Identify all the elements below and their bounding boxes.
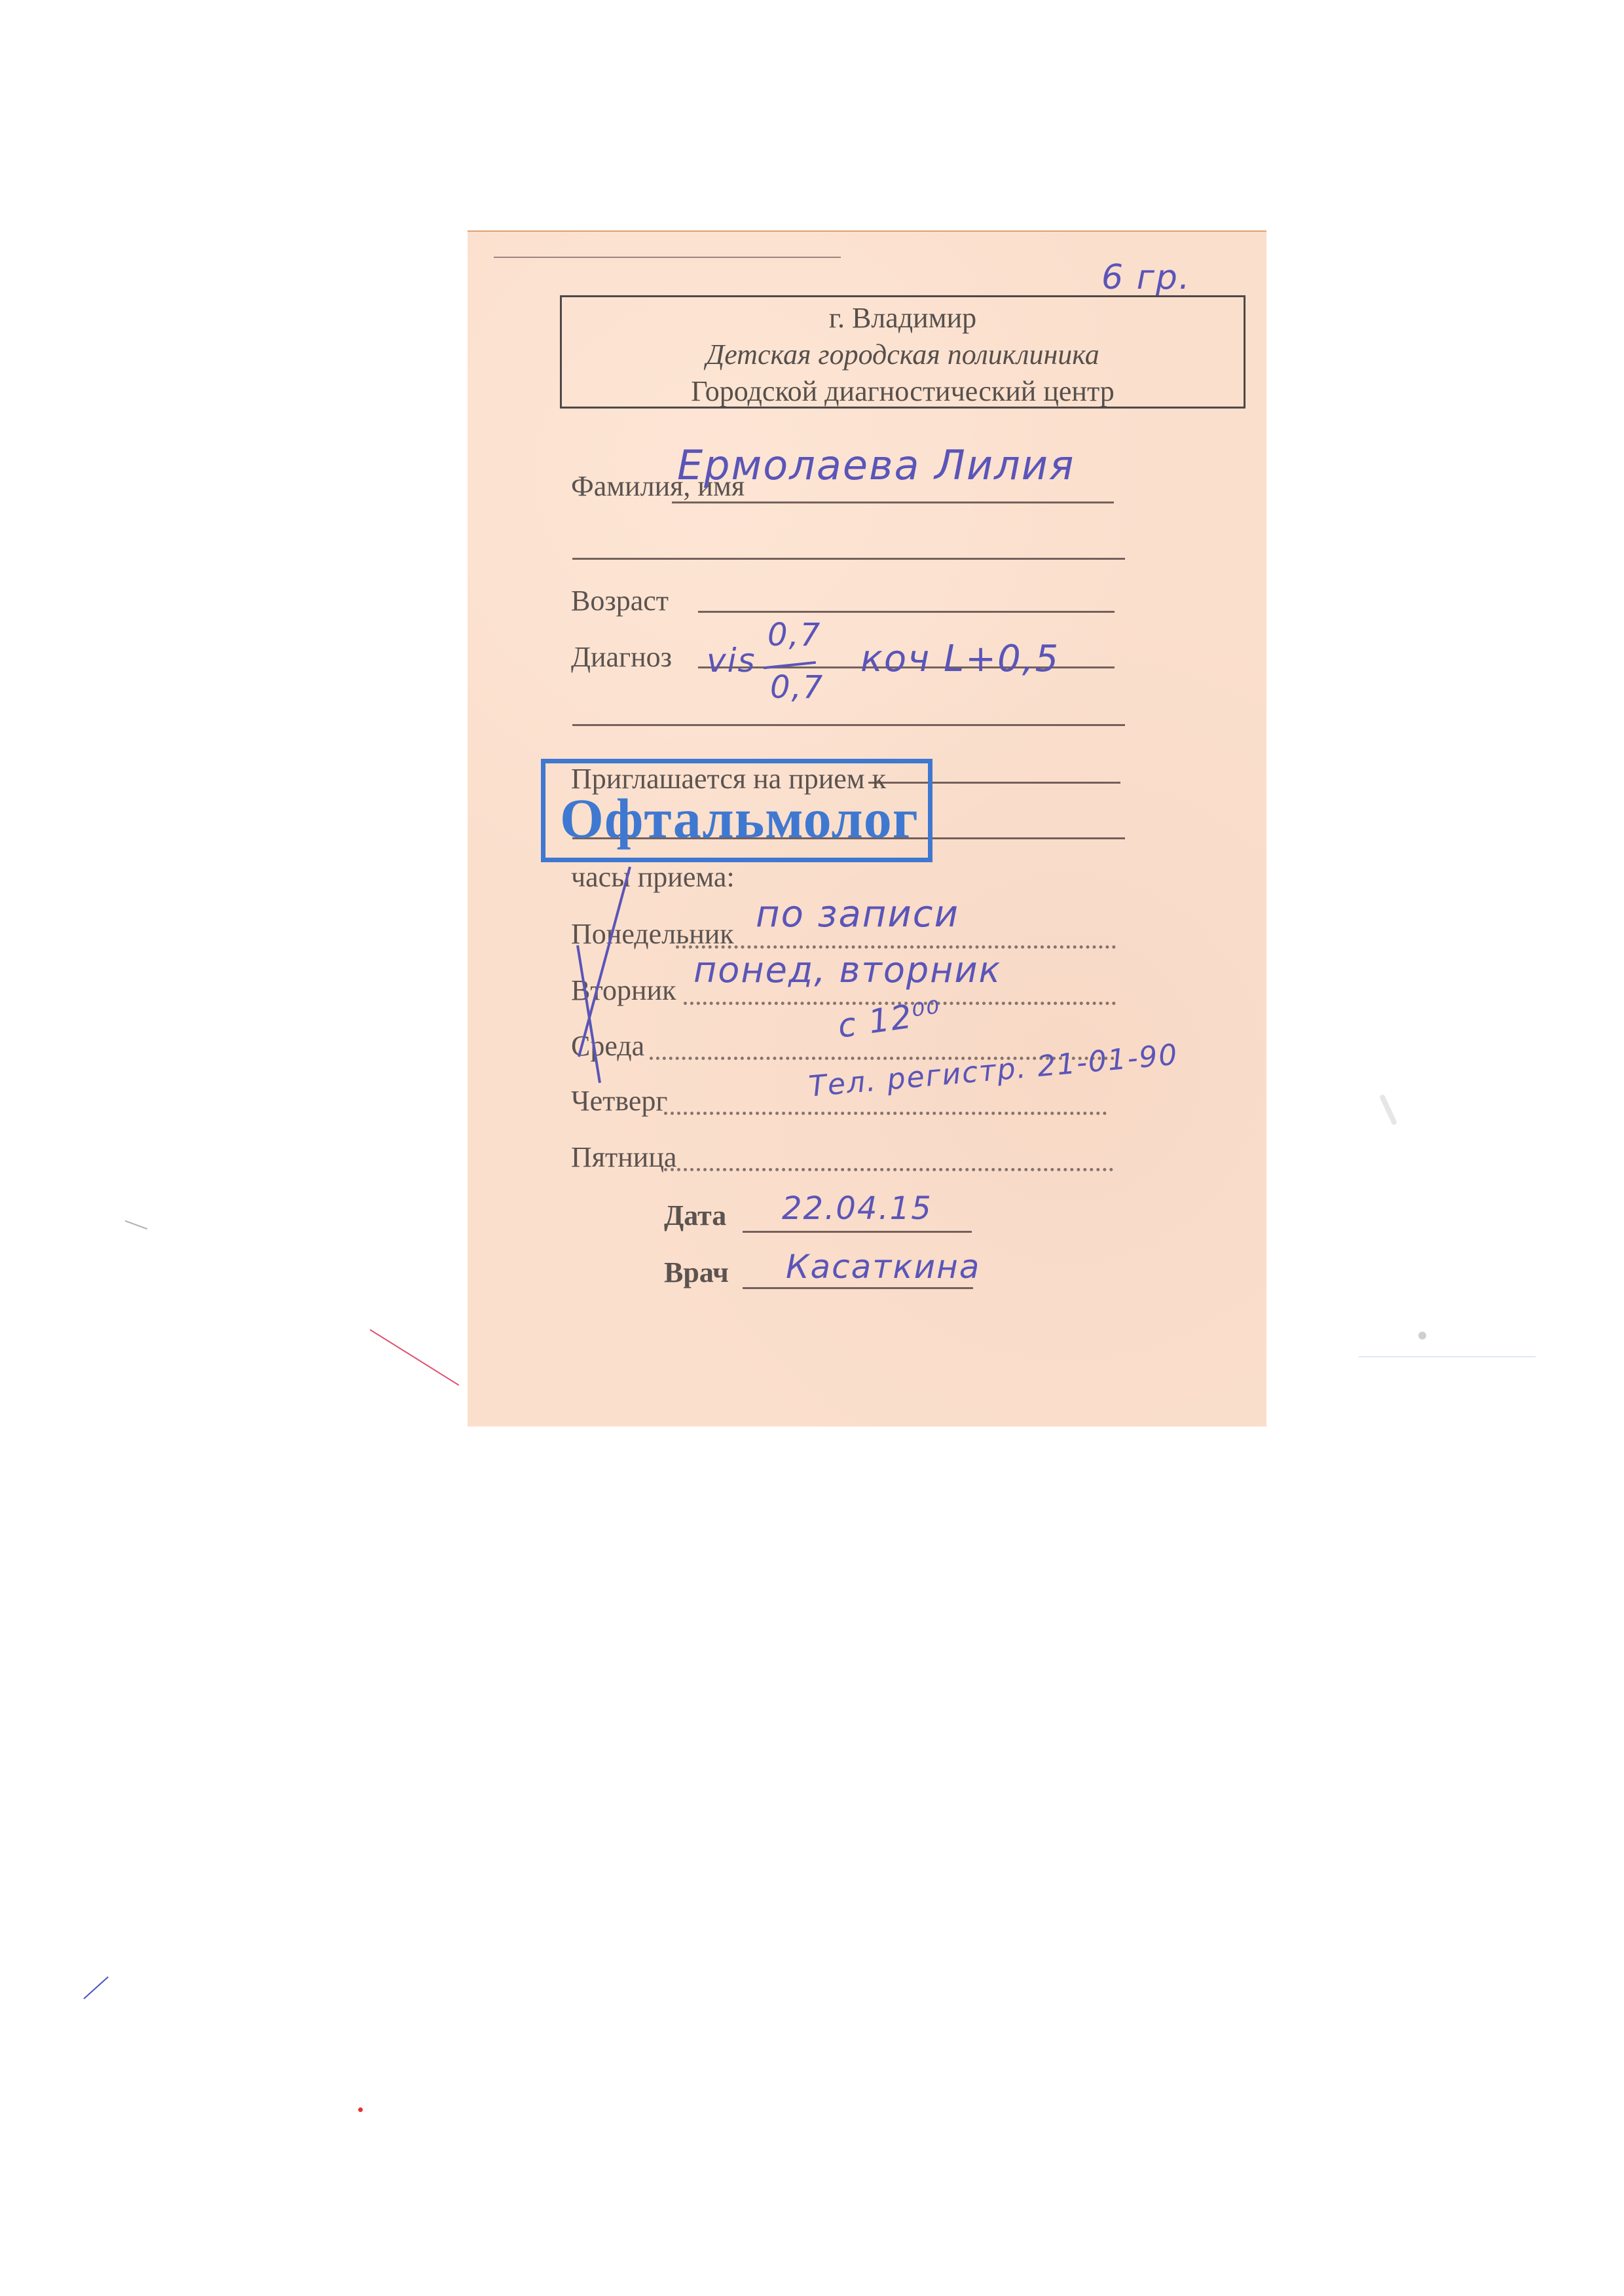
stamp-text: Офтальмолог: [560, 786, 919, 851]
doctor-value: Касаткина: [786, 1248, 980, 1286]
day-value-monday: по записи: [756, 893, 959, 936]
scan-mark-left-tick: [125, 1220, 148, 1230]
scan-mark-gray-dot: [1418, 1332, 1426, 1339]
age-line: [698, 611, 1115, 613]
corner-note: 6 гр.: [1101, 258, 1190, 297]
scan-mark-red-dot: [358, 2107, 363, 2112]
scan-mark-faint-line: [1359, 1357, 1536, 1357]
center-name: Городской диагностический центр: [562, 373, 1244, 410]
scan-mark-gray-smudge: [1379, 1094, 1397, 1126]
day-label-friday: Пятница: [571, 1140, 676, 1174]
appointment-slip: 6 гр. г. Владимир Детская городская поли…: [468, 230, 1266, 1427]
name-line-2: [572, 558, 1125, 560]
clinic-name: Детская городская поликлиника: [562, 337, 1244, 373]
diagnosis-os: 0,7: [770, 669, 824, 706]
diagnosis-label: Диагноз: [571, 640, 672, 674]
diagnosis-od: 0,7: [767, 617, 821, 653]
scan-mark-blue-stroke: [83, 1977, 108, 1999]
name-value: Ермолаева Лилия: [677, 441, 1075, 489]
day-value-thursday: Тел. регистр. 21-01-90: [807, 1038, 1179, 1103]
date-label: Дата: [664, 1199, 726, 1232]
doctor-line: [743, 1287, 973, 1289]
day-line-thursday: [664, 1109, 1107, 1115]
pen-strike-mark: [553, 860, 644, 1096]
date-value: 22.04.15: [782, 1190, 932, 1227]
name-line: [672, 501, 1114, 503]
scan-mark-red-line: [369, 1329, 459, 1385]
day-value-tuesday: понед, вторник: [693, 949, 1001, 991]
age-label: Возраст: [571, 584, 669, 617]
diagnosis-rest: коч L+0,5: [860, 638, 1060, 680]
city-name: г. Владимир: [562, 300, 1244, 337]
date-line: [743, 1231, 972, 1233]
doctor-label: Врач: [664, 1256, 729, 1289]
day-line-monday: [676, 943, 1116, 949]
day-line-friday: [664, 1165, 1113, 1171]
specialist-stamp: Офтальмолог: [541, 759, 932, 862]
diagnosis-line-2: [572, 724, 1125, 726]
diagnosis-vis: vis: [707, 642, 756, 680]
top-divider: [494, 257, 841, 258]
institution-header: г. Владимир Детская городская поликлиник…: [560, 295, 1246, 409]
